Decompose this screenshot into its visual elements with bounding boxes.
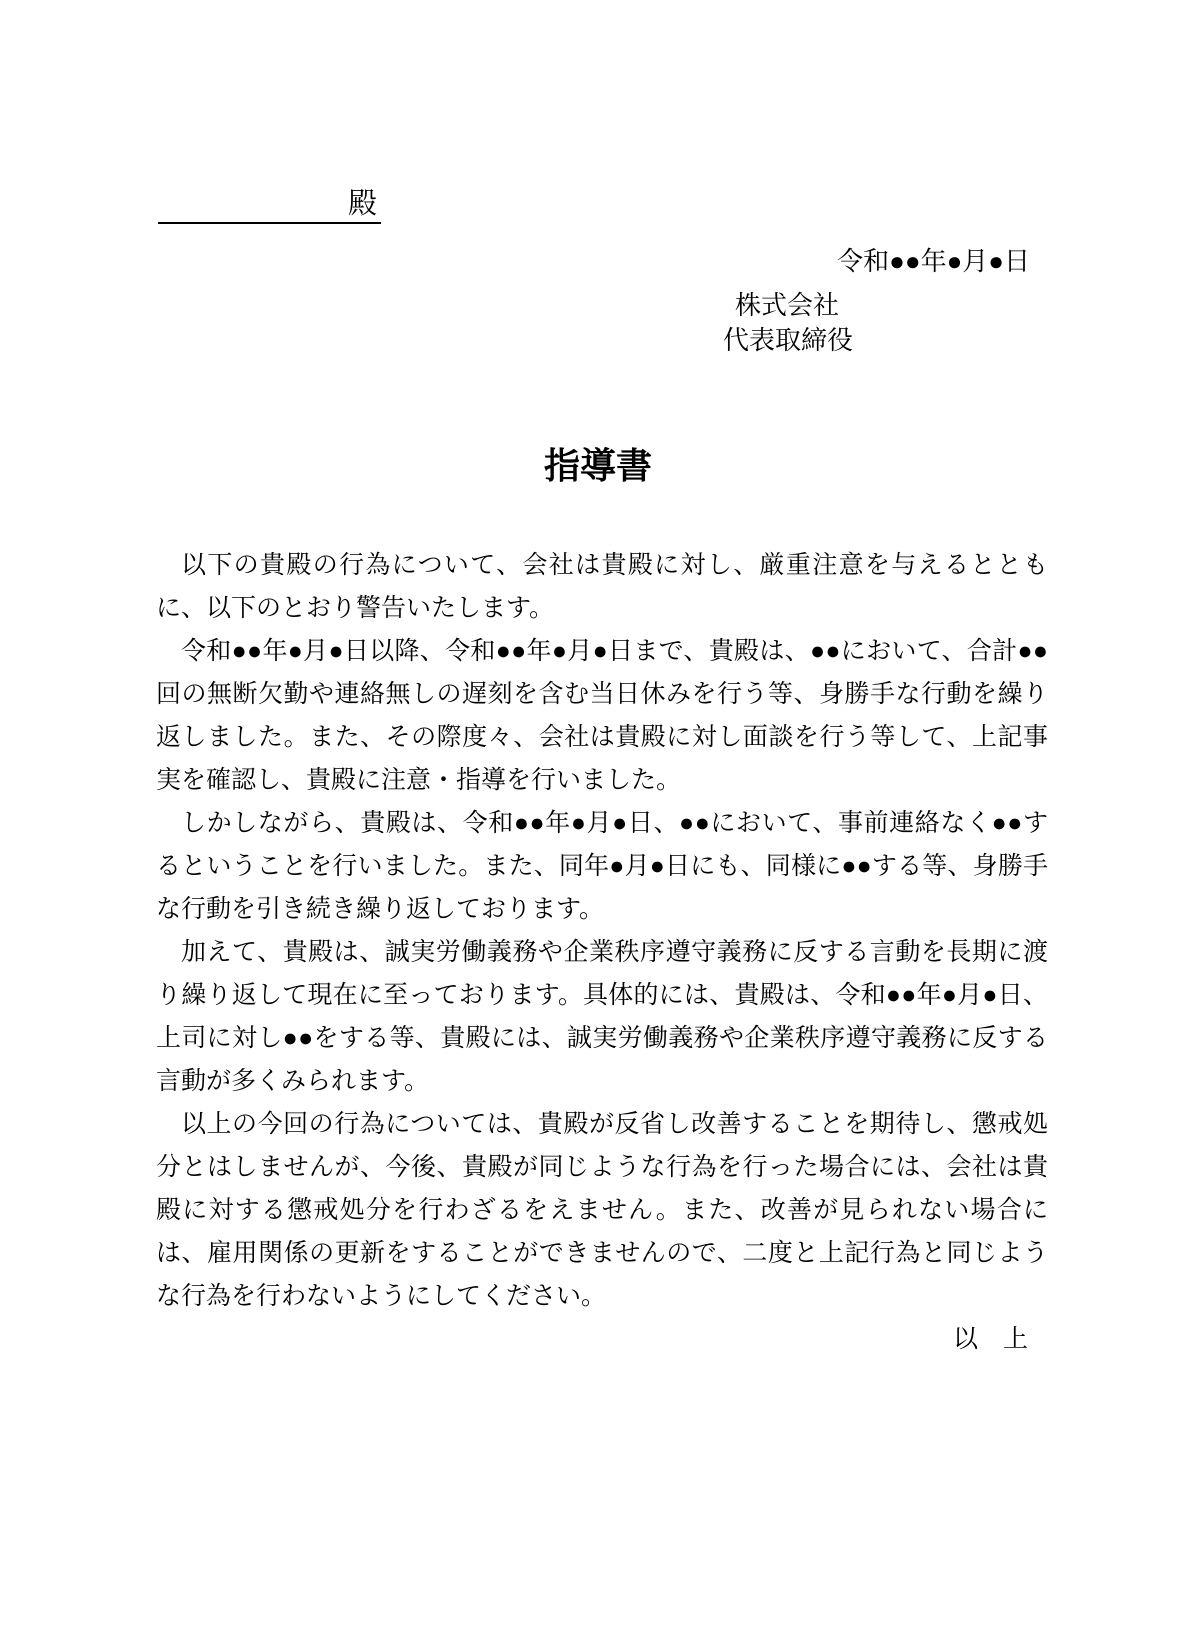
- document-title: 指導書: [0, 444, 1196, 488]
- body-paragraph: 以下の貴殿の行為について、会社は貴殿に対し、厳重注意を与えるとともに、以下のとお…: [156, 544, 1048, 630]
- body-paragraphs: 以下の貴殿の行為について、会社は貴殿に対し、厳重注意を与えるとともに、以下のとお…: [156, 544, 1048, 1361]
- body-paragraph: 令和●●年●月●日以降、令和●●年●月●日まで、貴殿は、●●において、合計●●回…: [156, 630, 1048, 802]
- addressee-honorific: 殿: [348, 188, 377, 220]
- body-paragraph: しかしながら、貴殿は、令和●●年●月●日、●●において、事前連絡なく●●するとい…: [156, 802, 1048, 931]
- company-name: 株式会社: [723, 288, 853, 323]
- sender-block: 株式会社 代表取締役: [723, 288, 853, 358]
- addressee-line: 殿: [158, 186, 381, 224]
- representative-title: 代表取締役: [723, 323, 853, 358]
- body-paragraph: 以上の今回の行為については、貴殿が反省し改善することを期待し、懲戒処分とはしませ…: [156, 1103, 1048, 1318]
- document-page: 殿 令和●●年●月●日 株式会社 代表取締役 指導書 以下の貴殿の行為について、…: [0, 0, 1196, 1647]
- date-line: 令和●●年●月●日: [158, 246, 1048, 278]
- closing-text: 以 上: [156, 1318, 1048, 1361]
- body-paragraph: 加えて、貴殿は、誠実労働義務や企業秩序遵守義務に反する言動を長期に渡り繰り返して…: [156, 931, 1048, 1103]
